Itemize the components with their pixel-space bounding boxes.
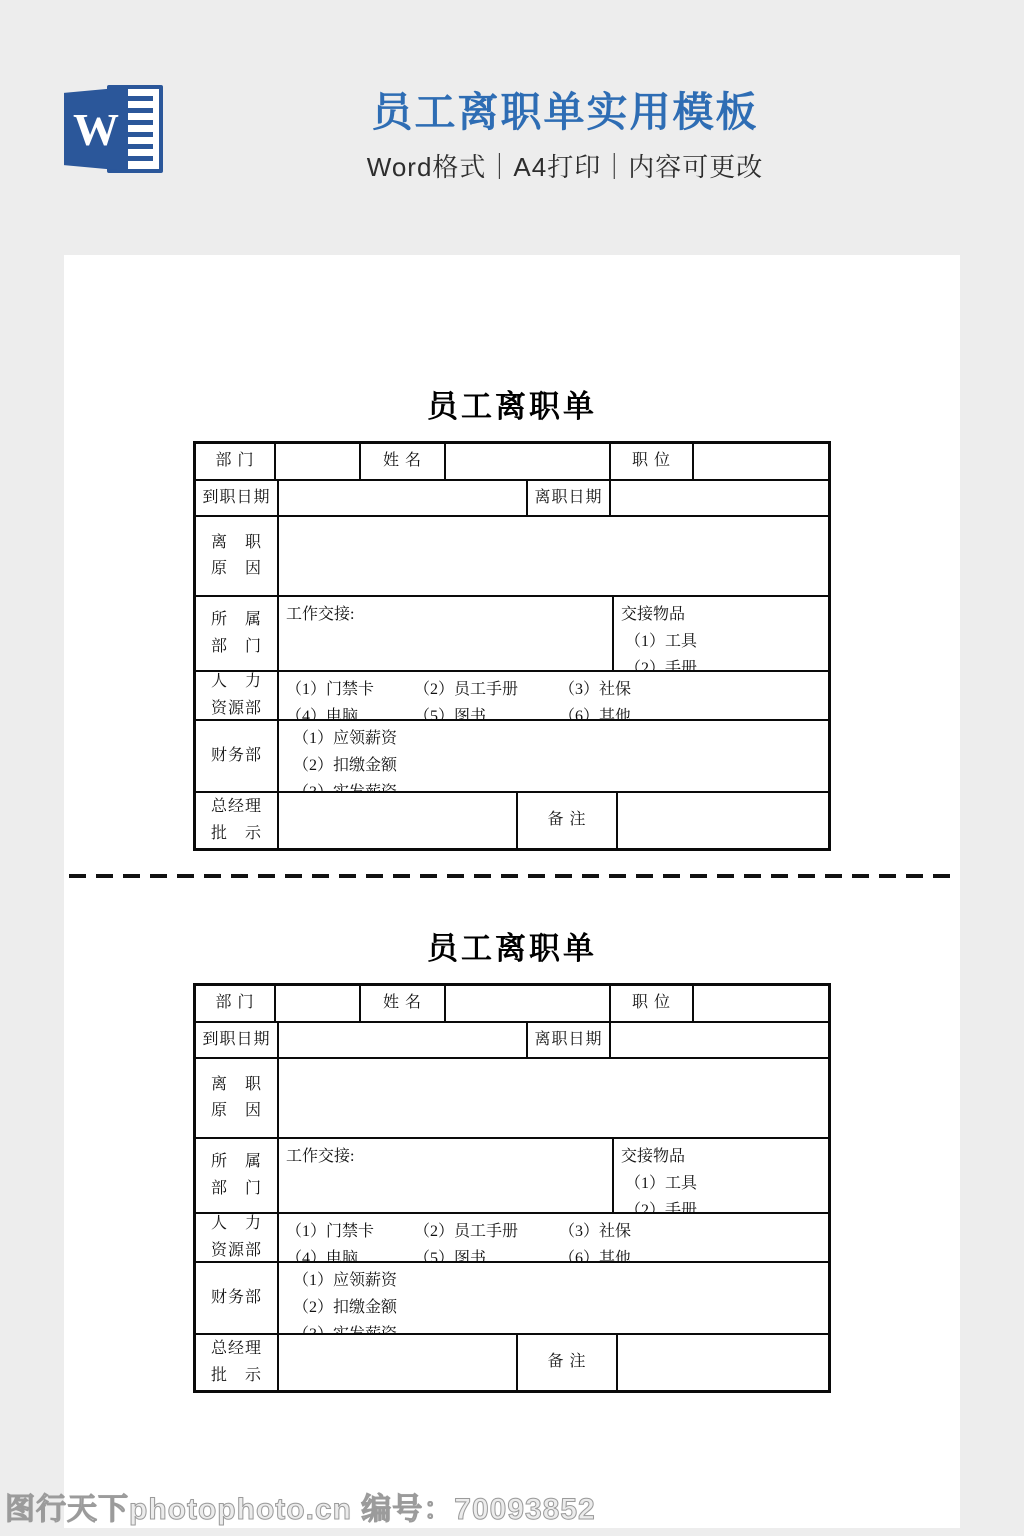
gm-approval-value-cell <box>279 793 518 848</box>
remark-value-cell <box>618 1335 828 1390</box>
start-date-label: 到职日期 <box>196 1023 279 1057</box>
table-row-dates: 到职日期 离职日期 <box>196 481 828 517</box>
handover-dept-label: 所 属 部 门 <box>196 597 279 670</box>
gm-approval-label: 总经理 批 示 <box>196 793 279 848</box>
end-date-label: 离职日期 <box>528 481 611 515</box>
end-date-value-cell <box>611 1023 828 1057</box>
table-row-finance: 财务部 （1）应领薪资 （2）扣缴金额 （3）实发薪资 <box>196 721 828 793</box>
header-text-block: 员工离职单实用模板 Word格式｜A4打印｜内容可更改 <box>250 90 880 184</box>
table-row-hr: 人 力 资源部 （1）门禁卡 （2）员工手册 （3）社保 （4）电脑 （5）图书… <box>196 1214 828 1263</box>
resignation-form-1: 员工离职单 部 门 姓 名 职 位 到职日期 离职日期 离 职 原 因 <box>193 381 831 851</box>
handover-dept-label: 所 属 部 门 <box>196 1139 279 1212</box>
table-row-reason: 离 职 原 因 <box>196 1059 828 1139</box>
position-value-cell <box>694 986 828 1021</box>
dept-value-cell <box>276 986 361 1021</box>
table-row-handover: 所 属 部 门 工作交接: 交接物品 （1）工具 （2）手册 <box>196 1139 828 1214</box>
table-row-reason: 离 职 原 因 <box>196 517 828 597</box>
start-date-label: 到职日期 <box>196 481 279 515</box>
finance-items-cell: （1）应领薪资 （2）扣缴金额 （3）实发薪资 <box>279 721 828 791</box>
handover-items-cell: 交接物品 （1）工具 （2）手册 <box>614 597 828 670</box>
resignation-table: 部 门 姓 名 职 位 到职日期 离职日期 离 职 原 因 <box>193 441 831 851</box>
position-label: 职 位 <box>611 986 694 1021</box>
reason-label: 离 职 原 因 <box>196 517 279 595</box>
name-label: 姓 名 <box>361 444 446 479</box>
dashed-cut-line <box>69 874 958 878</box>
name-value-cell <box>446 444 611 479</box>
dept-label: 部 门 <box>196 444 276 479</box>
hr-dept-label: 人 力 资源部 <box>196 1214 279 1261</box>
work-handover-cell: 工作交接: <box>279 597 614 670</box>
resignation-table: 部 门 姓 名 职 位 到职日期 离职日期 离 职 原 因 <box>193 983 831 1393</box>
dept-value-cell <box>276 444 361 479</box>
name-label: 姓 名 <box>361 986 446 1021</box>
word-w-flag-icon: W <box>64 87 128 171</box>
table-row-dates: 到职日期 离职日期 <box>196 1023 828 1059</box>
finance-items-cell: （1）应领薪资 （2）扣缴金额 （3）实发薪资 <box>279 1263 828 1333</box>
table-row-approval: 总经理 批 示 备 注 <box>196 1335 828 1390</box>
hr-dept-label: 人 力 资源部 <box>196 672 279 719</box>
table-row-handover: 所 属 部 门 工作交接: 交接物品 （1）工具 （2）手册 <box>196 597 828 672</box>
site-watermark: 图行天下photophoto.cn 编号：70093852 <box>5 1484 596 1528</box>
hr-items-cell: （1）门禁卡 （2）员工手册 （3）社保 （4）电脑 （5）图书 （6）其他 <box>279 1214 828 1261</box>
page-subtitle: Word格式｜A4打印｜内容可更改 <box>250 147 880 184</box>
end-date-label: 离职日期 <box>528 1023 611 1057</box>
name-value-cell <box>446 986 611 1021</box>
dept-label: 部 门 <box>196 986 276 1021</box>
table-row-identity: 部 门 姓 名 职 位 <box>196 986 828 1023</box>
table-row-finance: 财务部 （1）应领薪资 （2）扣缴金额 （3）实发薪资 <box>196 1263 828 1335</box>
template-preview-canvas: { "header": { "title": "员工离职单实用模板", "sub… <box>0 0 1024 1536</box>
remark-label: 备 注 <box>518 1335 618 1390</box>
position-value-cell <box>694 444 828 479</box>
word-logo-icon: W <box>64 82 166 176</box>
reason-label: 离 职 原 因 <box>196 1059 279 1137</box>
table-row-hr: 人 力 资源部 （1）门禁卡 （2）员工手册 （3）社保 （4）电脑 （5）图书… <box>196 672 828 721</box>
resignation-form-2: 员工离职单 部 门 姓 名 职 位 到职日期 离职日期 离 职 原 因 <box>193 923 831 1393</box>
work-handover-cell: 工作交接: <box>279 1139 614 1212</box>
remark-value-cell <box>618 793 828 848</box>
gm-approval-value-cell <box>279 1335 518 1390</box>
document-page: 员工离职单 部 门 姓 名 职 位 到职日期 离职日期 离 职 原 因 <box>64 255 960 1528</box>
form-title: 员工离职单 <box>193 923 831 968</box>
table-row-identity: 部 门 姓 名 职 位 <box>196 444 828 481</box>
finance-dept-label: 财务部 <box>196 721 279 791</box>
reason-value-cell <box>279 517 828 595</box>
position-label: 职 位 <box>611 444 694 479</box>
reason-value-cell <box>279 1059 828 1137</box>
remark-label: 备 注 <box>518 793 618 848</box>
start-date-value-cell <box>279 481 528 515</box>
page-title: 员工离职单实用模板 <box>250 90 880 135</box>
table-row-approval: 总经理 批 示 备 注 <box>196 793 828 848</box>
start-date-value-cell <box>279 1023 528 1057</box>
handover-items-cell: 交接物品 （1）工具 （2）手册 <box>614 1139 828 1212</box>
hr-items-cell: （1）门禁卡 （2）员工手册 （3）社保 （4）电脑 （5）图书 （6）其他 <box>279 672 828 719</box>
end-date-value-cell <box>611 481 828 515</box>
form-title: 员工离职单 <box>193 381 831 426</box>
finance-dept-label: 财务部 <box>196 1263 279 1333</box>
gm-approval-label: 总经理 批 示 <box>196 1335 279 1390</box>
